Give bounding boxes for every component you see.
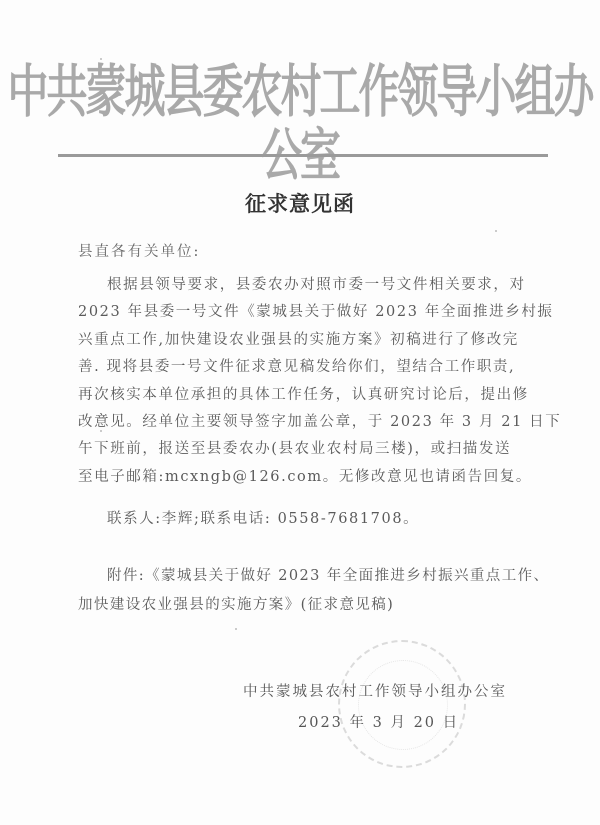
scan-speck: [100, 430, 102, 432]
body-line: 再次核实本单位承担的具体工作任务，认真研究讨论后，提出修: [78, 382, 530, 409]
body-paragraph: 根据县领导要求，县委农办对照市委一号文件相关要求，对 2023 年县委一号文件《…: [78, 272, 530, 491]
body-line: 兴重点工作,加快建设农业强县的实施方案》初稿进行了修改完: [78, 327, 530, 354]
body-line: 善. 现将县委一号文件征求意见稿发给你们，望结合工作职责,: [78, 354, 530, 381]
salutation: 县直各有关单位:: [78, 240, 200, 261]
scan-speck: [235, 628, 237, 630]
seal-inner-ring: [358, 660, 448, 750]
body-line: 2023 年县委一号文件《蒙城县关于做好 2023 年全面推进乡村振: [78, 299, 530, 326]
scan-speck: [100, 58, 102, 60]
body-line: 至电子邮箱:mcxngb@126.com。无修改意见也请函告回复。: [78, 464, 530, 491]
signature-date: 2023 年 3 月 20 日: [298, 711, 459, 732]
attachment-note: 附件:《蒙城县关于做好 2023 年全面推进乡村振兴重点工作、 加快建设农业强县…: [78, 562, 538, 620]
attachment-line: 附件:《蒙城县关于做好 2023 年全面推进乡村振兴重点工作、: [78, 562, 538, 591]
document-page: 中共蒙城县委农村工作领导小组办公室 征求意见函 县直各有关单位: 根据县领导要求…: [0, 0, 600, 825]
masthead-organization: 中共蒙城县委农村工作领导小组办公室: [0, 60, 600, 187]
body-line: 根据县领导要求，县委农办对照市委一号文件相关要求，对: [78, 272, 530, 299]
contact-info: 联系人:李辉;联系电话: 0558-7681708。: [107, 507, 419, 528]
signature-organization: 中共蒙城县农村工作领导小组办公室: [243, 680, 507, 701]
official-seal-stamp: [338, 640, 466, 768]
scan-speck: [495, 230, 497, 232]
document-title: 征求意见函: [0, 188, 600, 218]
scan-speck: [555, 75, 557, 77]
attachment-line: 加快建设农业强县的实施方案》(征求意见稿): [78, 591, 538, 620]
body-line: 午下班前，报送至县委农办(县农业农村局三楼)，或扫描发送: [78, 436, 530, 463]
body-line: 改意见。经单位主要领导签字加盖公章，于 2023 年 3 月 21 日下: [78, 409, 530, 436]
masthead-divider: [58, 154, 548, 157]
